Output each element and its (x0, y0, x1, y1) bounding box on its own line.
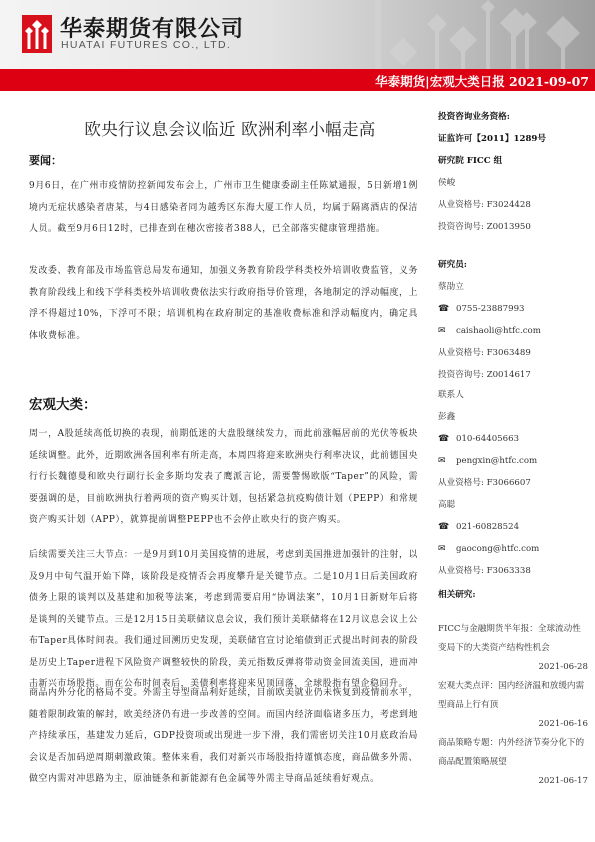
envelope-icon: ✉ (438, 538, 456, 560)
contact-practice-number: 从业资格号: F3066607 (438, 472, 588, 494)
consult-number: 投资咨询号: Z0013950 (438, 216, 588, 238)
qualification-label: 投资咨询业务资格: (438, 106, 588, 128)
macro-paragraph: 后续需要关注三大节点：一是9月到10月美国疫情的进展，考虑到美国推进加强针的注射… (29, 545, 418, 696)
macro-paragraph: 周一，A股延续高低切换的表现，前期低迷的大盘股继续发力，而此前涨幅居前的光伏等板… (29, 424, 418, 532)
qualification-block: 投资咨询业务资格: 证监许可【2011】1289号 研究院 FICC 组 侯峻 … (438, 106, 588, 238)
contacts-label: 联系人 (438, 384, 588, 406)
related-research-block: 相关研究: FICC与金融期货半年报：全球流动性变局下的大类资产结构性机会 20… (438, 584, 588, 791)
phone-icon: ☎ (438, 298, 456, 320)
contact-name: 彭鑫 (438, 406, 588, 428)
contact-phone: 010-64405663 (456, 434, 519, 444)
report-header: 华泰期货有限公司 HUATAI FUTURES CO., LTD. (0, 0, 595, 69)
contact-email[interactable]: gaocong@htfc.com (456, 544, 539, 554)
researcher-consult-number: 投资咨询号: Z0014617 (438, 364, 588, 386)
license-number: 证监许可【2011】1289号 (438, 128, 588, 150)
decorative-pattern (375, 0, 595, 69)
researcher-name: 蔡劭立 (438, 276, 588, 298)
researcher-practice-number: 从业资格号: F3063489 (438, 342, 588, 364)
contact-email[interactable]: pengxin@htfc.com (456, 456, 537, 466)
researcher-phone: 0755-23887993 (456, 304, 525, 314)
company-logo (22, 15, 52, 53)
related-research-date: 2021-06-17 (438, 772, 588, 791)
related-research-date: 2021-06-16 (438, 715, 588, 734)
news-heading: 要闻： (29, 152, 62, 168)
researcher-label: 研究员: (438, 254, 588, 276)
report-title: 欧央行议息会议临近 欧洲利率小幅走高 (40, 116, 420, 140)
contact-name: 高聪 (438, 494, 588, 516)
related-research-title[interactable]: FICC与金融期货半年报：全球流动性变局下的大类资产结构性机会 (438, 620, 588, 658)
contact-practice-number: 从业资格号: F3063338 (438, 560, 588, 582)
analyst-name: 侯峻 (438, 172, 588, 194)
news-paragraph: 9月6日，在广州市疫情防控新闻发布会上，广州市卫生健康委副主任陈斌通报，5日新增… (29, 176, 418, 241)
phone-icon: ☎ (438, 516, 456, 538)
related-research-title[interactable]: 宏观大类点评：国内经济温和放缓内需型商品上行有顶 (438, 677, 588, 715)
company-name-en: HUATAI FUTURES CO., LTD. (61, 39, 231, 51)
phone-icon: ☎ (438, 428, 456, 450)
contact-phone: 021-60828524 (456, 522, 519, 532)
research-group: 研究院 FICC 组 (438, 150, 588, 172)
related-research-label: 相关研究: (438, 584, 588, 606)
envelope-icon: ✉ (438, 450, 456, 472)
news-paragraph: 发改委、教育部及市场监管总局发布通知，加强义务教育阶段学科类校外培训收费监管，义… (29, 261, 418, 347)
macro-paragraph: 商品内外分化的格局不变。外需主导型商品利好延续，目前欧美就业仍未恢复到疫情前水平… (29, 683, 418, 791)
report-type-date: 华泰期货|宏观大类日报 2021-09-07 (375, 72, 589, 90)
related-research-title[interactable]: 商品策略专题：内外经济节奏分化下的商品配置策略展望 (438, 734, 588, 772)
researcher-block: 研究员: 蔡劭立 ☎0755-23887993 ✉caishaoli@htfc.… (438, 254, 588, 386)
macro-heading: 宏观大类： (29, 393, 97, 413)
related-research-date: 2021-06-28 (438, 658, 588, 677)
report-banner: 华泰期货|宏观大类日报 2021-09-07 (0, 69, 595, 91)
researcher-email[interactable]: caishaoli@htfc.com (456, 326, 541, 336)
practice-number: 从业资格号: F3024428 (438, 194, 588, 216)
envelope-icon: ✉ (438, 320, 456, 342)
contacts-block: 联系人 彭鑫 ☎010-64405663 ✉pengxin@htfc.com 从… (438, 384, 588, 582)
